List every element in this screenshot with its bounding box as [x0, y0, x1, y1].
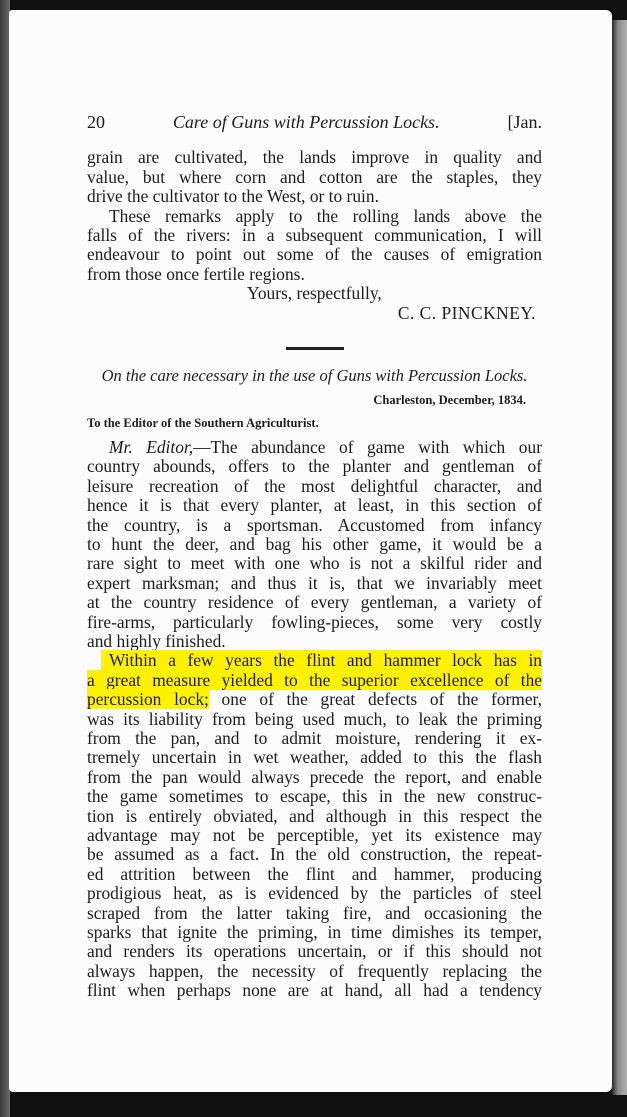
running-title: Care of Guns with Percussion Locks. [173, 113, 440, 132]
text-line: rare sight to meet with one who is not a… [87, 554, 542, 573]
prev-article-text: grain are cultivated, the lands improve … [87, 148, 542, 284]
addressee: To the Editor of the Southern Agricultur… [87, 414, 542, 433]
text-line: fire-arms, particularly fowling-pieces, … [87, 613, 542, 632]
text-line: always happen, the necessity of frequent… [87, 962, 542, 981]
text-line: Mr. Editor,—The abundance of game with w… [87, 438, 542, 457]
text-line: the game sometimes to escape, this in th… [87, 787, 542, 806]
page-content: 20 Care of Guns with Percussion Locks. [… [87, 113, 542, 1001]
text-line: advantage may not be perceptible, yet it… [87, 826, 542, 845]
text-line: hence it is that every planter, at least… [87, 496, 542, 515]
text-line: at the country residence of every gentle… [87, 593, 542, 612]
signature: C. C. PINCKNEY. [87, 304, 542, 323]
text-line: from the pan would always precede the re… [87, 768, 542, 787]
text-line: ed attrition between the flint and hamme… [87, 865, 542, 884]
text-line: be assumed as a fact. In the old constru… [87, 845, 542, 864]
dateline: Charleston, December, 1834. [87, 391, 542, 410]
text-line: from those once fertile regions. [87, 265, 542, 284]
text-line: to hunt the deer, and bag his other game… [87, 535, 542, 554]
text-line: drive the cultivator to the West, or to … [87, 187, 542, 206]
highlighted-text[interactable]: a great measure yielded to the superior … [87, 670, 542, 690]
text-line: These remarks apply to the rolling lands… [87, 207, 542, 226]
text-line: tremely uncertain in wet weather, added … [87, 748, 542, 767]
article-title: On the care necessary in the use of Guns… [95, 366, 534, 385]
text-line: value, but where corn and cotton are the… [87, 168, 542, 187]
page-right-edge [612, 20, 627, 1095]
page-number: 20 [87, 113, 105, 132]
text-line: grain are cultivated, the lands improve … [87, 148, 542, 167]
text-line: prodigious heat, as is evidenced by the … [87, 884, 542, 903]
text-line: endeavour to point out some of the cause… [87, 245, 542, 264]
text-line: from the pan, and to admit moisture, ren… [87, 729, 542, 748]
text-line: falls of the rivers: in a subsequent com… [87, 226, 542, 245]
text-line: country abounds, offers to the planter a… [87, 457, 542, 476]
text-line: sparks that ignite the priming, in time … [87, 923, 542, 942]
highlighted-text[interactable]: percussion lock; [87, 689, 209, 709]
running-head: 20 Care of Guns with Percussion Locks. [… [87, 113, 542, 132]
highlighted-text[interactable]: Within a few years the flint and hammer … [101, 650, 542, 670]
article-paragraph-1: Mr. Editor,—The abundance of game with w… [87, 438, 542, 651]
article-paragraph-2: Within a few years the flint and hammer … [87, 651, 542, 1000]
text-line: leisure recreation of the most delightfu… [87, 477, 542, 496]
text-line: Within a few years the flint and hammer … [87, 651, 542, 670]
text-line: scraped from the latter taking fire, and… [87, 904, 542, 923]
text-line: tion is entirely obviated, and although … [87, 807, 542, 826]
section-divider [286, 347, 344, 350]
text-line: flint when perhaps none are at hand, all… [87, 981, 542, 1000]
closing-line: Yours, respectfully, [87, 284, 542, 303]
salutation: Mr. Editor, [109, 437, 193, 457]
running-date: [Jan. [507, 113, 542, 132]
text-line: a great measure yielded to the superior … [87, 671, 542, 690]
text-line: the country, is a sportsman. Accustomed … [87, 516, 542, 535]
text-line: percussion lock; one of the great defect… [87, 690, 542, 709]
text-line: expert marksman; and thus it is, that we… [87, 574, 542, 593]
text-line: and renders its operations uncertain, or… [87, 942, 542, 961]
text-line: was its liability from being used much, … [87, 710, 542, 729]
text-line: and highly finished. [87, 632, 542, 651]
